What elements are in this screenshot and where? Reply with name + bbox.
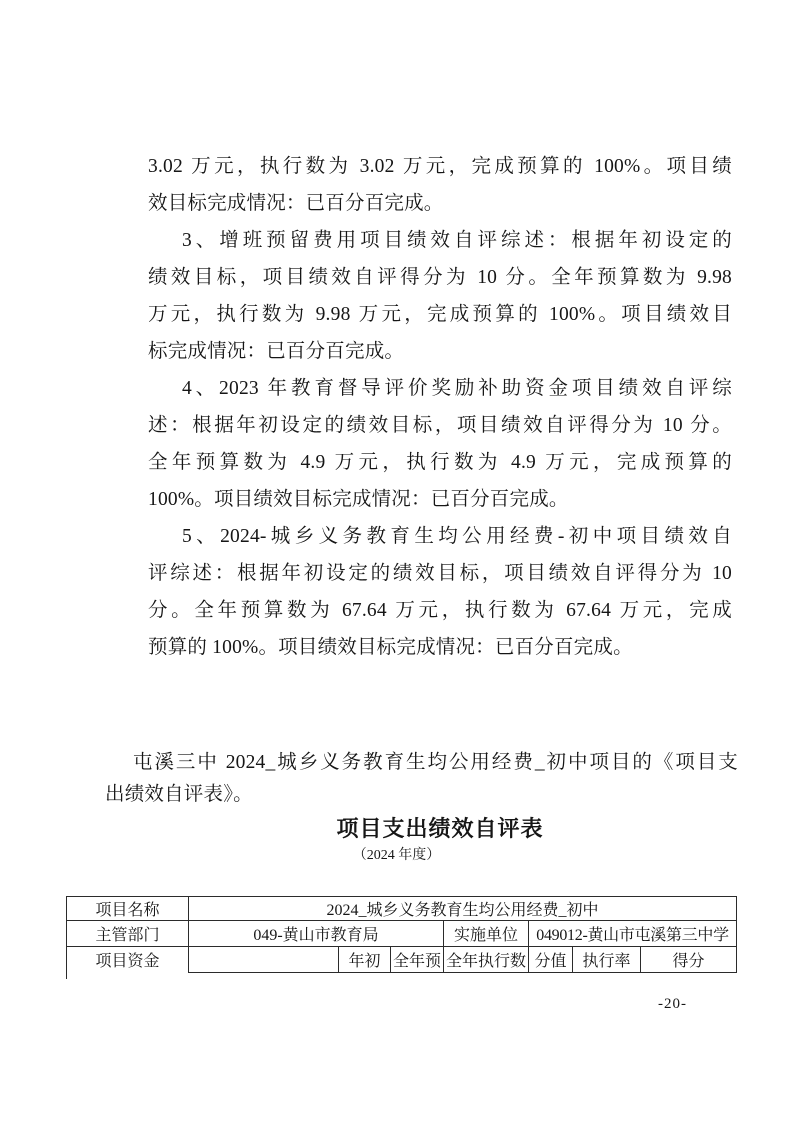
body-line: 绩效目标，项目绩效自评得分为 10 分。全年预算数为 9.98: [148, 259, 732, 296]
table-subtitle: （2024 年度）: [0, 847, 793, 865]
body-line: 5、2024-城乡义务教育生均公用经费-初中项目绩效自: [148, 518, 732, 555]
closing-line: 屯溪三中 2024_城乡义务教育生均公用经费_初中项目的《项目支: [105, 747, 738, 779]
dept-value: 049-黄山市教育局: [189, 921, 444, 947]
body-paragraphs: 3.02 万元，执行数为 3.02 万元，完成预算的 100%。项目绩 效目标完…: [148, 148, 732, 666]
project-name-value: 2024_城乡义务教育生均公用经费_初中: [189, 897, 737, 921]
closing-paragraph: 屯溪三中 2024_城乡义务教育生均公用经费_初中项目的《项目支 出绩效自评表》…: [105, 747, 738, 810]
table-row-project-name: 项目名称 2024_城乡义务教育生均公用经费_初中: [67, 897, 737, 921]
body-line: 4、2023 年教育督导评价奖励补助资金项目绩效自评综: [148, 370, 732, 407]
col-header-annual-budget: 全年预: [391, 947, 444, 973]
dept-label: 主管部门: [67, 921, 189, 947]
table-title: 项目支出绩效自评表: [148, 815, 732, 843]
funds-label: 项目资金: [67, 947, 189, 973]
project-name-label: 项目名称: [67, 897, 189, 921]
body-line: 效目标完成情况：已百分百完成。: [148, 185, 732, 222]
closing-line: 出绩效自评表》。: [105, 779, 738, 811]
document-page: 3.02 万元，执行数为 3.02 万元，完成预算的 100%。项目绩 效目标完…: [0, 0, 793, 1122]
body-line: 100%。项目绩效目标完成情况：已百分百完成。: [148, 481, 732, 518]
table-row-departments: 主管部门 049-黄山市教育局 实施单位 049012-黄山市屯溪第三中学: [67, 921, 737, 947]
funds-empty-cell: [189, 947, 339, 973]
unit-label: 实施单位: [444, 921, 529, 947]
body-line: 3.02 万元，执行数为 3.02 万元，完成预算的 100%。项目绩: [148, 148, 732, 185]
table-row-funds-header: 项目资金 年初 全年预 全年执行数 分值 执行率 得分: [67, 947, 737, 973]
body-line: 3、增班预留费用项目绩效自评综述：根据年初设定的: [148, 222, 732, 259]
body-line: 全年预算数为 4.9 万元，执行数为 4.9 万元，完成预算的: [148, 444, 732, 481]
col-header-score-value: 分值: [529, 947, 573, 973]
page-number: -20-: [630, 995, 715, 1013]
unit-value: 049012-黄山市屯溪第三中学: [529, 921, 737, 947]
col-header-annual-execution: 全年执行数: [444, 947, 529, 973]
col-header-score: 得分: [641, 947, 737, 973]
self-evaluation-table: 项目名称 2024_城乡义务教育生均公用经费_初中 主管部门 049-黄山市教育…: [66, 896, 737, 973]
body-line: 述：根据年初设定的绩效目标，项目绩效自评得分为 10 分。: [148, 407, 732, 444]
body-line: 预算的 100%。项目绩效目标完成情况：已百分百完成。: [148, 629, 732, 666]
col-header-initial: 年初: [339, 947, 391, 973]
body-line: 分。全年预算数为 67.64 万元，执行数为 67.64 万元，完成: [148, 592, 732, 629]
body-line: 评综述：根据年初设定的绩效目标，项目绩效自评得分为 10: [148, 555, 732, 592]
body-line: 标完成情况：已百分百完成。: [148, 333, 732, 370]
body-line: 万元，执行数为 9.98 万元，完成预算的 100%。项目绩效目: [148, 296, 732, 333]
table-left-border-cut: [66, 972, 67, 979]
col-header-execution-rate: 执行率: [573, 947, 641, 973]
